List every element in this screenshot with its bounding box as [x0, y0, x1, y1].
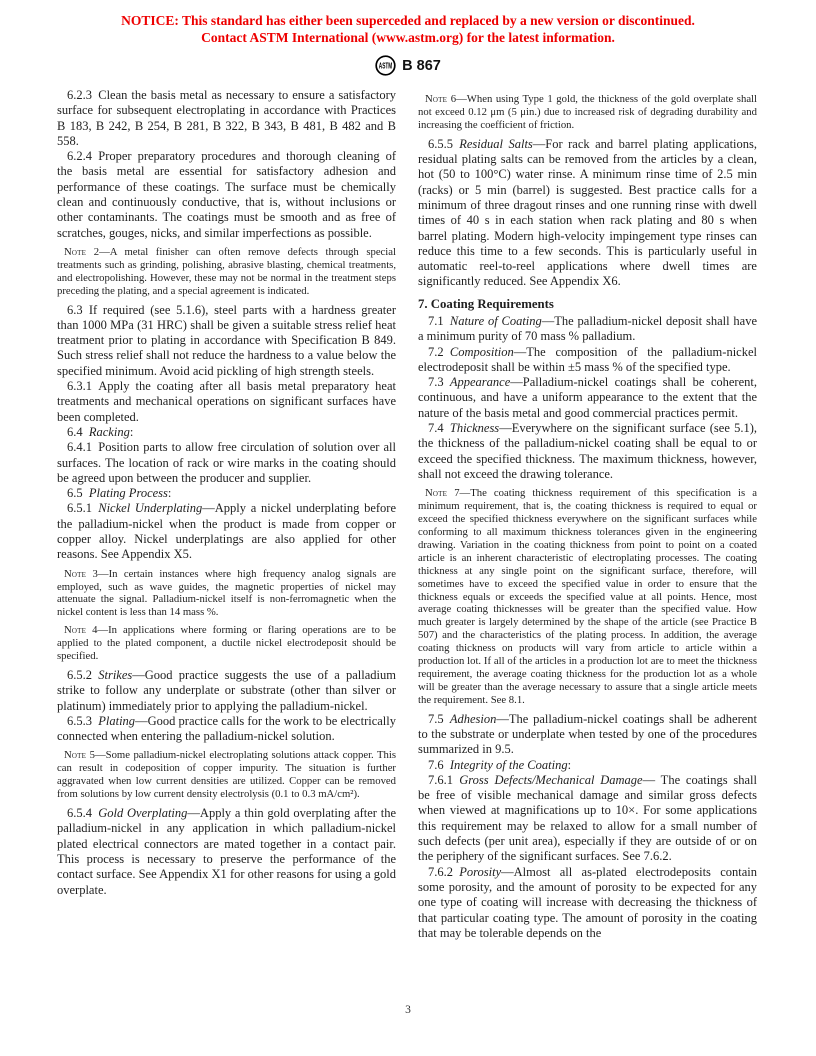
text-segment: 6.5.4 — [67, 806, 98, 820]
body-paragraph: 6.4.1 Position parts to allow free circu… — [57, 440, 396, 486]
text-segment: 4—In applications where forming or flari… — [57, 624, 396, 662]
text-segment: 6.2.4 Proper preparatory procedures and … — [57, 149, 396, 239]
text-segment: 6.5.5 — [428, 137, 459, 151]
column-left: 6.2.3 Clean the basis metal as necessary… — [57, 88, 396, 941]
document-page: NOTICE: This standard has either been su… — [0, 0, 816, 1056]
text-segment: 6.5 — [67, 486, 89, 500]
text-segment: 7—The coating thickness requirement of t… — [418, 487, 757, 706]
text-segment: Thickness — [450, 421, 499, 435]
text-segment: Note — [425, 93, 447, 105]
body-paragraph: 6.3.1 Apply the coating after all basis … — [57, 379, 396, 425]
text-segment: Plating — [98, 714, 135, 728]
body-paragraph: 7.5 Adhesion—The palladium-nickel coatin… — [418, 712, 757, 758]
text-segment: 6.4.1 Position parts to allow free circu… — [57, 440, 396, 485]
body-paragraph: 6.2.4 Proper preparatory procedures and … — [57, 149, 396, 241]
notice-banner: NOTICE: This standard has either been su… — [0, 12, 816, 46]
text-segment: 6.5.3 — [67, 714, 98, 728]
text-segment: 6.5.2 — [67, 668, 98, 682]
two-column-body: 6.2.3 Clean the basis metal as necessary… — [57, 88, 757, 941]
body-paragraph: 6.4 Racking: — [57, 425, 396, 440]
text-segment: 3—In certain instances where high freque… — [57, 568, 396, 619]
body-paragraph: 7.2 Composition—The composition of the p… — [418, 345, 757, 376]
text-segment: Porosity — [459, 865, 501, 879]
body-paragraph: 7.1 Nature of Coating—The palladium-nick… — [418, 314, 757, 345]
text-segment: : — [130, 425, 133, 439]
text-segment: : — [168, 486, 171, 500]
text-segment: Plating Process — [89, 486, 168, 500]
body-paragraph: 6.5.2 Strikes—Good practice suggests the… — [57, 668, 396, 714]
svg-text:ASTM: ASTM — [379, 61, 393, 71]
text-segment: : — [568, 758, 571, 772]
astm-logo-icon: ASTM — [375, 55, 396, 76]
note-paragraph: Note 4—In applications where forming or … — [57, 624, 396, 663]
text-segment: 2—A metal finisher can often remove defe… — [57, 246, 396, 297]
text-segment: 7.5 — [428, 712, 450, 726]
body-paragraph: 6.3 If required (see 5.1.6), steel parts… — [57, 303, 396, 379]
note-paragraph: Note 2—A metal finisher can often remove… — [57, 246, 396, 298]
text-segment: 7.4 — [428, 421, 450, 435]
text-segment: Composition — [450, 345, 514, 359]
body-paragraph: 7.4 Thickness—Everywhere on the signific… — [418, 421, 757, 482]
notice-line-2: Contact ASTM International (www.astm.org… — [0, 29, 816, 46]
text-segment: Note — [64, 624, 86, 636]
document-header: ASTM B 867 — [0, 55, 816, 76]
text-segment: 7.3 — [428, 375, 450, 389]
text-segment: 7.6 — [428, 758, 450, 772]
text-segment: Nickel Underplating — [98, 501, 202, 515]
note-paragraph: Note 6—When using Type 1 gold, the thick… — [418, 93, 757, 132]
text-segment: 7.1 — [428, 314, 450, 328]
text-segment: 7. Coating Requirements — [418, 297, 554, 311]
text-segment: 6.3 If required (see 5.1.6), steel parts… — [57, 303, 396, 378]
text-segment: 6—When using Type 1 gold, the thickness … — [418, 93, 757, 131]
text-segment: Note — [64, 749, 86, 761]
body-paragraph: 7.6 Integrity of the Coating: — [418, 758, 757, 773]
text-segment: Note — [64, 568, 86, 580]
text-segment: Racking — [89, 425, 130, 439]
text-segment: Appearance — [450, 375, 510, 389]
text-segment: Note — [425, 487, 447, 499]
text-segment: Adhesion — [450, 712, 497, 726]
note-paragraph: Note 7—The coating thickness requirement… — [418, 487, 757, 706]
body-paragraph: 6.5.4 Gold Overplating—Apply a thin gold… — [57, 806, 396, 898]
text-segment: Note — [64, 246, 86, 258]
page-number: 3 — [0, 1004, 816, 1016]
text-segment: 7.2 — [428, 345, 450, 359]
section-heading: 7. Coating Requirements — [418, 297, 757, 312]
text-segment: —For rack and barrel plating application… — [418, 137, 757, 289]
text-segment: 6.4 — [67, 425, 89, 439]
body-paragraph: 6.5.3 Plating—Good practice calls for th… — [57, 714, 396, 745]
text-segment: 6.5.1 — [67, 501, 98, 515]
notice-line-1: NOTICE: This standard has either been su… — [0, 12, 816, 29]
text-segment: 5—Some palladium-nickel electroplating s… — [57, 749, 396, 800]
note-paragraph: Note 5—Some palladium-nickel electroplat… — [57, 749, 396, 801]
body-paragraph: 7.3 Appearance—Palladium-nickel coatings… — [418, 375, 757, 421]
body-paragraph: 7.6.2 Porosity—Almost all as-plated elec… — [418, 865, 757, 941]
text-segment: 6.3.1 Apply the coating after all basis … — [57, 379, 396, 424]
text-segment: Nature of Coating — [450, 314, 542, 328]
column-right: Note 6—When using Type 1 gold, the thick… — [418, 88, 757, 941]
text-segment: Gold Overplating — [98, 806, 187, 820]
body-paragraph: 7.6.1 Gross Defects/Mechanical Damage— T… — [418, 773, 757, 865]
standard-designation: B 867 — [402, 58, 441, 74]
body-paragraph: 6.5 Plating Process: — [57, 486, 396, 501]
note-paragraph: Note 3—In certain instances where high f… — [57, 568, 396, 620]
text-segment: 6.2.3 Clean the basis metal as necessary… — [57, 88, 396, 148]
body-paragraph: 6.5.5 Residual Salts—For rack and barrel… — [418, 137, 757, 290]
text-segment: 7.6.1 — [428, 773, 459, 787]
text-segment: Integrity of the Coating — [450, 758, 568, 772]
body-paragraph: 6.5.1 Nickel Underplating—Apply a nickel… — [57, 501, 396, 562]
body-paragraph: 6.2.3 Clean the basis metal as necessary… — [57, 88, 396, 149]
text-segment: 7.6.2 — [428, 865, 459, 879]
text-segment: Gross Defects/Mechanical Damage — [459, 773, 642, 787]
text-segment: Strikes — [98, 668, 132, 682]
text-segment: Residual Salts — [459, 137, 533, 151]
